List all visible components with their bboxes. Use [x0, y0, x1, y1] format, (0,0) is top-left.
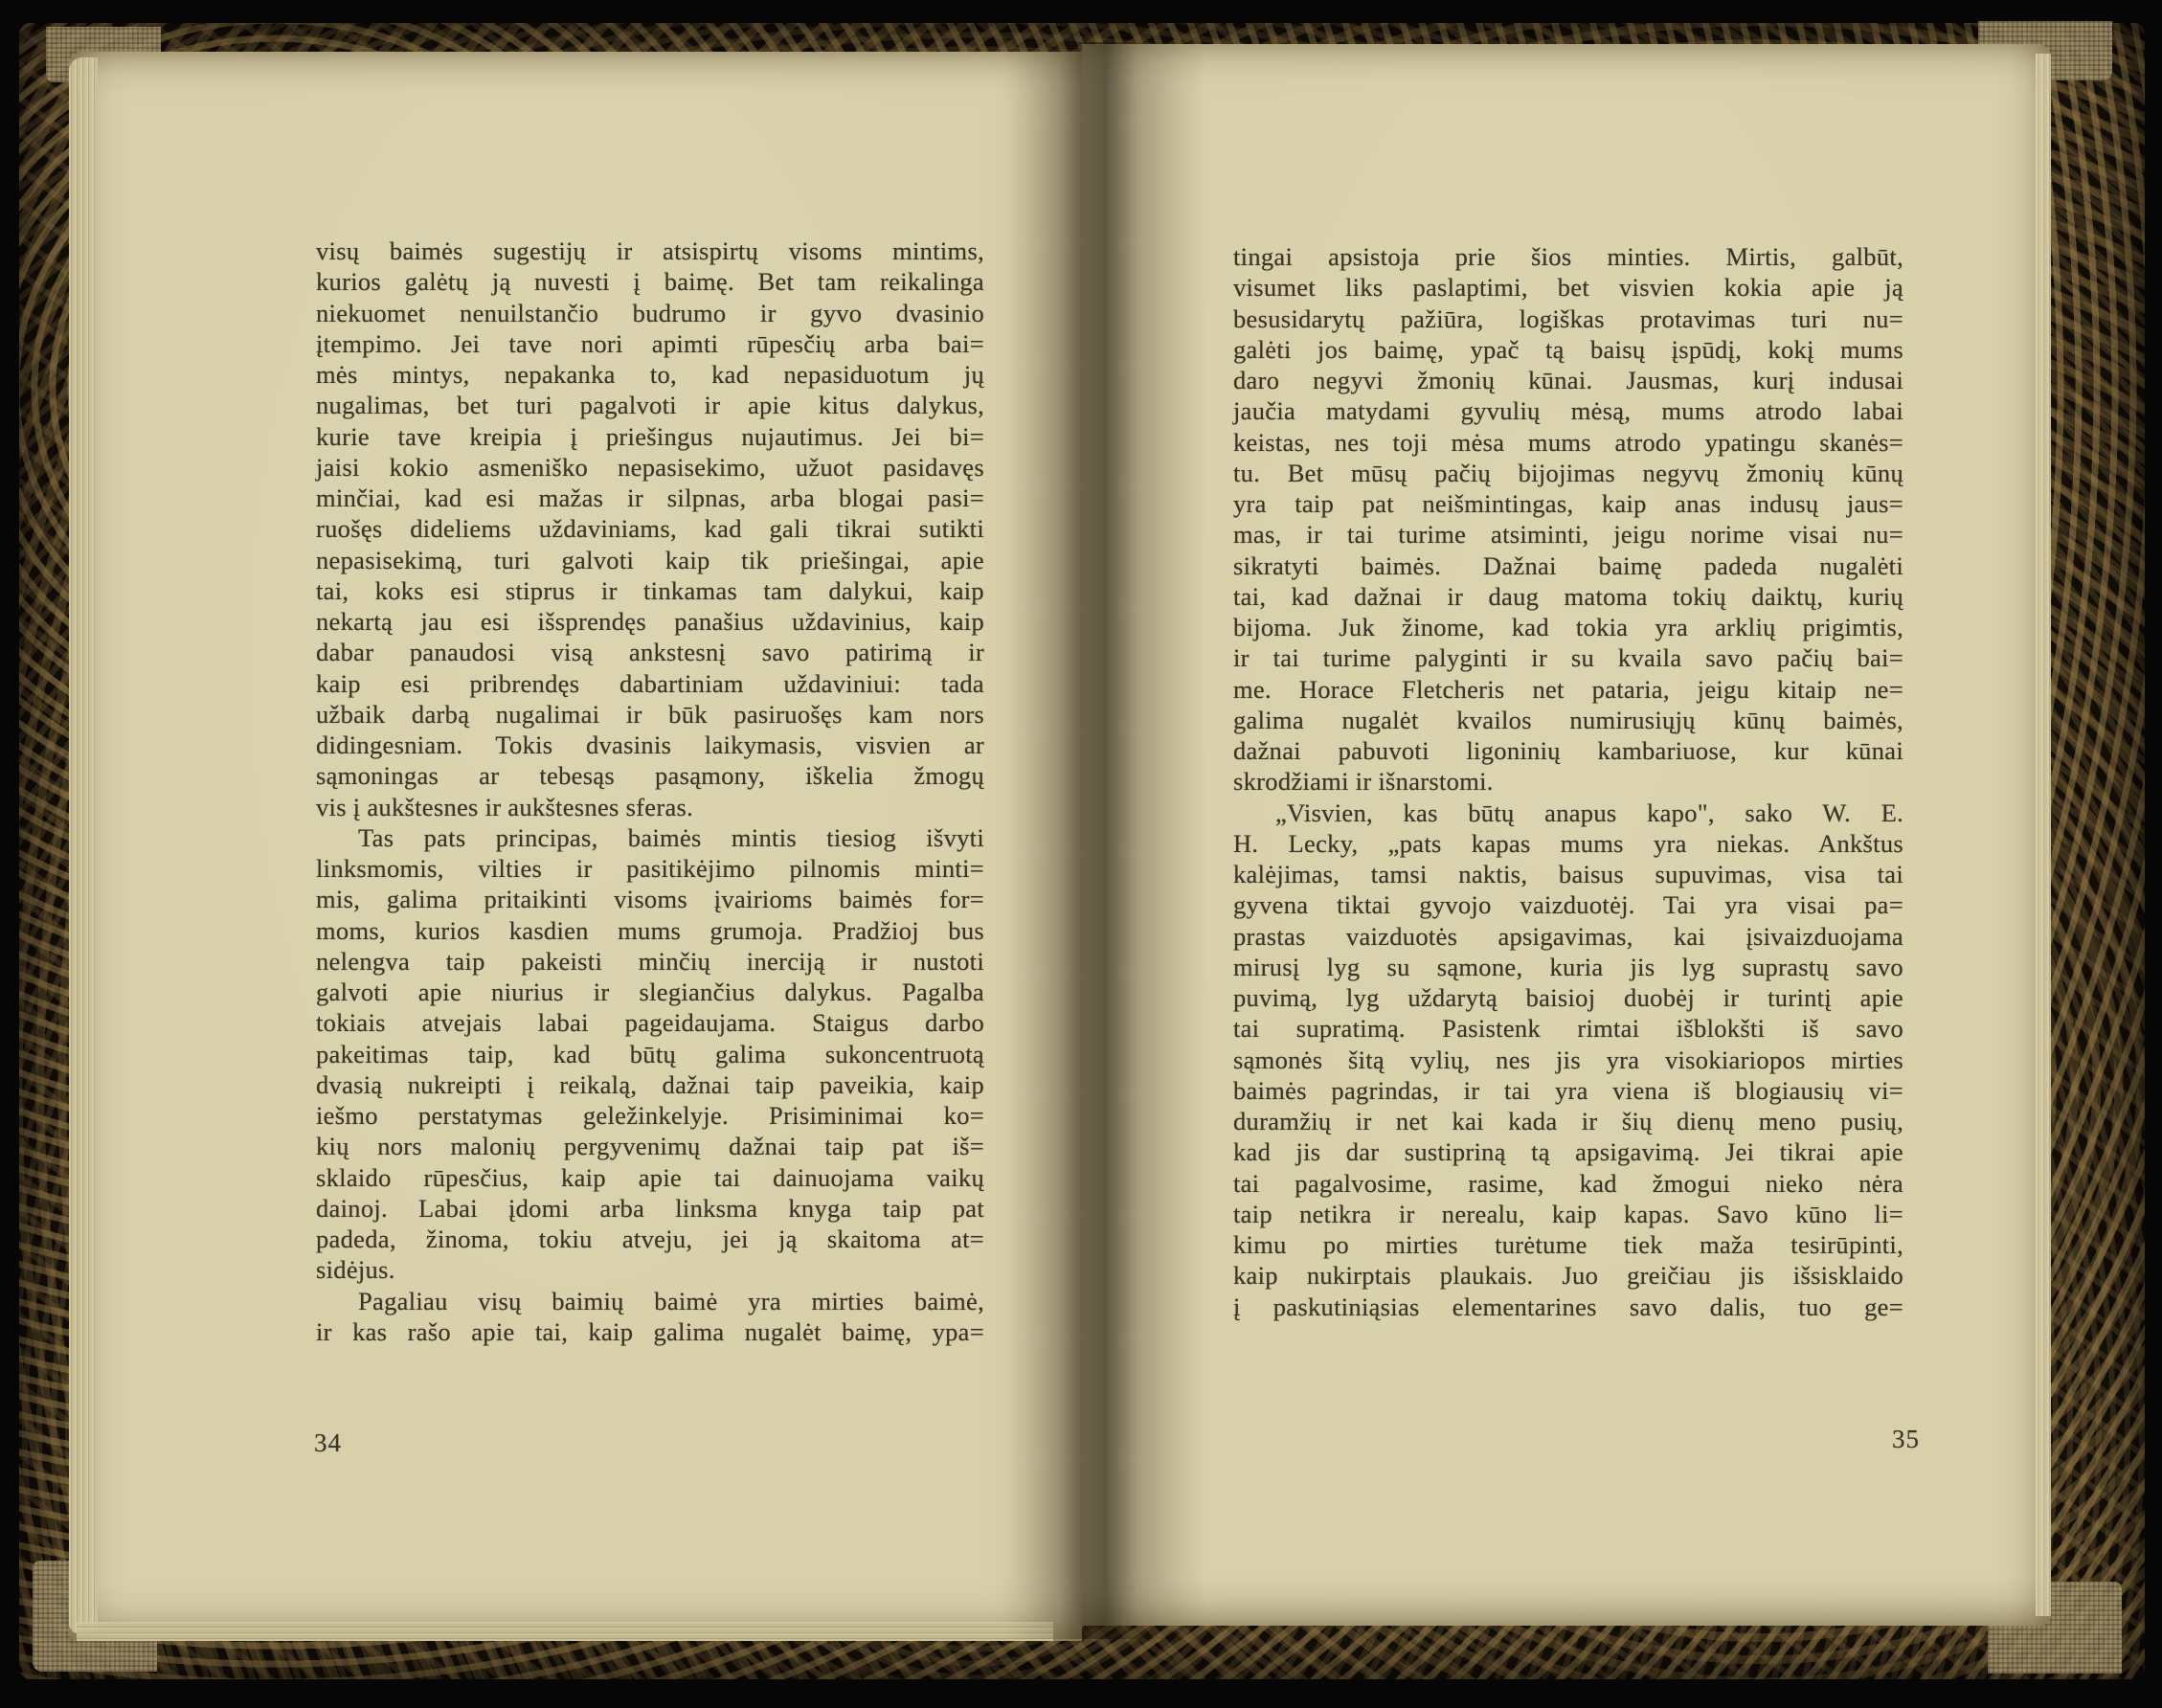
text-line: tai, koks esi stiprus ir tinkamas tam da… [316, 575, 984, 606]
page-number-left: 34 [314, 1428, 342, 1458]
text-line: niekuomet nenuilstančio budrumo ir gyvo … [316, 298, 984, 328]
text-line: dvasią nukreipti į reikalą, dažnai taip … [316, 1069, 984, 1100]
text-line: gyvena tiktai gyvojo vaizduotėj. Tai yra… [1233, 889, 1903, 920]
text-line: ir tai turime palyginti ir su kvaila sav… [1233, 642, 1903, 673]
text-line: kaip esi pribrendęs dabartiniam uždavini… [316, 668, 984, 699]
text-line: didingesniam. Tokis dvasinis laikymasis,… [316, 730, 984, 760]
text-line: prastas vaizduotės apsigavimas, kai įsiv… [1233, 921, 1903, 952]
right-page-text: tingai apsistoja prie šios minties. Mirt… [1233, 241, 1903, 1322]
left-page-text: visų baimės sugestijų ir atsispirtų viso… [316, 236, 984, 1347]
text-line: visų baimės sugestijų ir atsispirtų viso… [316, 236, 984, 266]
text-line: pakeitimas taip, kad būtų galima sukonce… [316, 1039, 984, 1069]
text-line: kalėjimas, tamsi naktis, baisus supuvima… [1233, 859, 1903, 889]
text-line: sklaido rūpesčius, kaip apie tai dainuoj… [316, 1162, 984, 1193]
text-line: baimės pagrindas, ir tai yra viena iš bl… [1233, 1075, 1903, 1106]
text-line: galėti jos baimę, ypač tą baisų įspūdį, … [1233, 334, 1903, 365]
text-line: padeda, žinoma, tokiu atveju, jei ją ska… [316, 1224, 984, 1254]
page-number-right: 35 [1892, 1425, 1920, 1454]
text-line: nugalimas, bet turi pagalvoti ir apie ki… [316, 390, 984, 420]
text-line: iešmo perstatymas geležinkelyje. Prisimi… [316, 1100, 984, 1131]
paragraph: Pagaliau visų baimių baimė yra mirties b… [316, 1286, 984, 1348]
text-line: tai pagalvosime, rasime, kad žmogui niek… [1233, 1168, 1903, 1199]
text-line: bijoma. Juk žinome, kad tokia yra arklių… [1233, 612, 1903, 642]
text-line: Pagaliau visų baimių baimė yra mirties b… [316, 1286, 984, 1316]
text-line: kad jis dar sustipriną tą apsigavimą. Je… [1233, 1136, 1903, 1167]
text-line: dabar panaudosi visą ankstesnį savo pati… [316, 637, 984, 667]
text-line: besusidarytų pažiūra, logiškas protavima… [1233, 303, 1903, 334]
text-line: linksmomis, vilties ir pasitikėjimo piln… [316, 853, 984, 884]
paragraph: visų baimės sugestijų ir atsispirtų viso… [316, 236, 984, 822]
text-line: galima nugalėt kvailos numirusiųjų kūnų … [1233, 705, 1903, 735]
text-line: į paskutiniąsias elementarines savo dali… [1233, 1292, 1903, 1322]
text-line: visumet liks paslaptimi, bet visvien kok… [1233, 272, 1903, 303]
text-line: daro negyvi žmonių kūnai. Jausmas, kurį … [1233, 365, 1903, 395]
text-line: dažnai pabuvoti ligoninių kambariuose, k… [1233, 735, 1903, 766]
text-line: tai supratimą. Pasistenk rimtai išblokšt… [1233, 1013, 1903, 1044]
text-line: ir kas rašo apie tai, kaip galima nugalė… [316, 1316, 984, 1347]
text-line: sąmonės šitą vylių, nes jis yra visokiar… [1233, 1045, 1903, 1075]
text-line: duramžių ir net kai kada ir šių dienų me… [1233, 1106, 1903, 1136]
text-line: mės mintys, nepakanka to, kad nepasiduot… [316, 359, 984, 390]
text-line: jaučia matydami gyvulių mėsą, mums atrod… [1233, 395, 1903, 426]
text-line: Tas pats principas, baimės mintis tiesio… [316, 822, 984, 853]
text-line: jaisi kokio asmeniško nepasisekimo, užuo… [316, 452, 984, 483]
text-line: me. Horace Fletcheris net pataria, jeigu… [1233, 674, 1903, 705]
text-line: nekartą jau esi išsprendęs panašius užda… [316, 606, 984, 637]
text-line: įtempimo. Jei tave nori apimti rūpesčių … [316, 328, 984, 359]
text-line: yra taip pat neišmintingas, kaip anas in… [1233, 488, 1903, 519]
text-line: mas, ir tai turime atsiminti, jeigu nori… [1233, 519, 1903, 550]
paragraph: „Visvien, kas būtų anapus kapo", sako W.… [1233, 798, 1903, 1322]
text-line: dainoj. Labai įdomi arba linksma knyga t… [316, 1193, 984, 1224]
text-line: užbaik darbą nugalimai ir būk pasiruošęs… [316, 699, 984, 730]
text-line: kaip nukirptais plaukais. Juo greičiau j… [1233, 1260, 1903, 1291]
text-line: kurios galėtų ją nuvesti į baimę. Bet ta… [316, 266, 984, 297]
text-line: ruošęs dideliems uždaviniams, kad gali t… [316, 513, 984, 544]
text-line: tingai apsistoja prie šios minties. Mirt… [1233, 241, 1903, 272]
text-line: sikratyti baimės. Dažnai baimę padeda nu… [1233, 551, 1903, 581]
text-line: „Visvien, kas būtų anapus kapo", sako W.… [1233, 798, 1903, 828]
text-line: sidėjus. [316, 1254, 984, 1285]
text-line: nelengva taip pakeisti minčių inerciją i… [316, 946, 984, 977]
text-line: sąmoningas ar tebesąs pasąmony, iškelia … [316, 760, 984, 791]
text-line: mis, galima pritaikinti visoms įvairioms… [316, 884, 984, 914]
text-line: H. Lecky, „pats kapas mums yra niekas. A… [1233, 828, 1903, 859]
text-line: taip netikra ir nerealu, kaip kapas. Sav… [1233, 1199, 1903, 1229]
text-line: tai, kad dažnai ir daug matoma tokių dai… [1233, 581, 1903, 612]
text-line: vis į aukštesnes ir aukštesnes sferas. [316, 792, 984, 822]
text-line: kimu po mirties turėtume tiek maža tesir… [1233, 1229, 1903, 1260]
text-line: tu. Bet mūsų pačių bijojimas negyvų žmon… [1233, 458, 1903, 488]
text-line: mirusį lyg su sąmone, kuria jis lyg supr… [1233, 952, 1903, 982]
text-line: kių nors malonių pergyvenimų dažnai taip… [316, 1131, 984, 1161]
text-line: puvimą, lyg uždarytą baisioj duobėj ir t… [1233, 982, 1903, 1013]
text-line: galvoti apie niurius ir slegiančius daly… [316, 977, 984, 1007]
text-line: moms, kurios kasdien mums grumoja. Pradž… [316, 915, 984, 946]
text-line: nepasisekimą, turi galvoti kaip tik prie… [316, 545, 984, 575]
text-line: tokiais atvejais labai pageidaujama. Sta… [316, 1007, 984, 1038]
paragraph: Tas pats principas, baimės mintis tiesio… [316, 822, 984, 1286]
paragraph: tingai apsistoja prie šios minties. Mirt… [1233, 241, 1903, 798]
text-line: minčiai, kad esi mažas ir silpnas, arba … [316, 483, 984, 513]
text-line: kurie tave kreipia į priešingus nujautim… [316, 421, 984, 452]
book-photo: visų baimės sugestijų ir atsispirtų viso… [0, 0, 2162, 1708]
text-line: skrodžiami ir išnarstomi. [1233, 766, 1903, 797]
text-line: keistas, nes toji mėsa mums atrodo ypati… [1233, 427, 1903, 458]
